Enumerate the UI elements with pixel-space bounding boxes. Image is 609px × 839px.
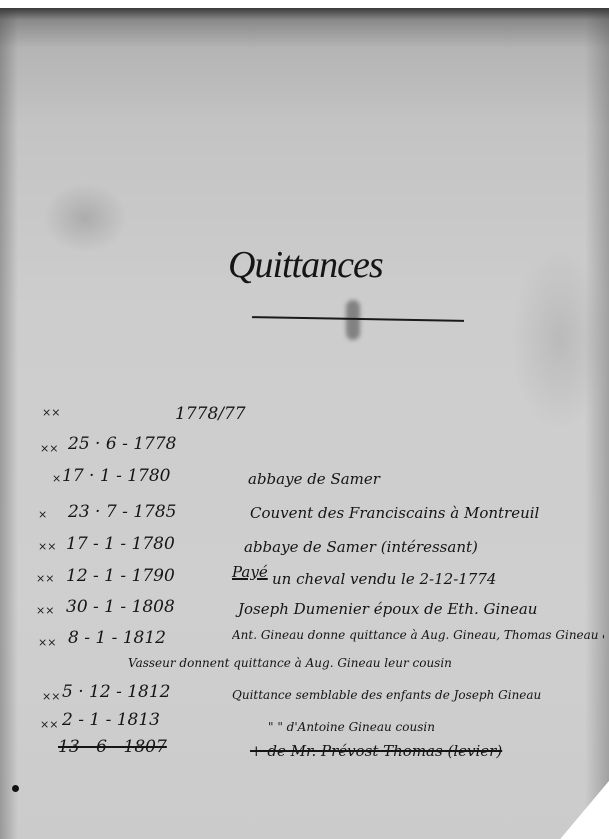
entry-mark: ××	[36, 604, 54, 617]
entry-date: 17 - 1 - 1780	[66, 534, 175, 554]
entry-date: 1778/77	[175, 404, 246, 424]
entry-paid-label: Payé	[232, 563, 268, 581]
entry-description-struck: + de Mr. Prévost Thomas (levier)	[250, 742, 502, 760]
entry-mark: ×	[52, 472, 61, 485]
entry-date: 25 · 6 - 1778	[68, 434, 176, 454]
entry-mark: ××	[38, 636, 56, 649]
entry-mark: ××	[40, 442, 58, 455]
entry-date-struck: 13 - 6 - 1807	[58, 737, 167, 757]
page-title: Quittances	[228, 243, 383, 287]
entry-description: un cheval vendu le 2-12-1774	[272, 570, 496, 588]
entry-note: Vasseur donnent quittance à Aug. Gineau …	[128, 656, 606, 670]
entry-mark: ××	[38, 540, 56, 553]
entry-date: 23 · 7 - 1785	[68, 502, 176, 522]
entry-description: Quittance semblable des enfants de Josep…	[232, 688, 608, 702]
entry-date: 30 - 1 - 1808	[66, 597, 175, 617]
entry-date: 5 · 12 - 1812	[62, 682, 170, 702]
entry-description: abbaye de Samer (intéressant)	[244, 538, 478, 556]
ink-spot	[12, 785, 19, 792]
entry-date: 8 - 1 - 1812	[68, 628, 166, 648]
entry-mark: ××	[42, 406, 60, 419]
entry-mark: ××	[36, 572, 54, 585]
entry-mark: ××	[42, 690, 60, 703]
entry-description: Joseph Dumenier époux de Eth. Gineau	[238, 600, 537, 618]
entry-mark: ×	[38, 508, 47, 521]
entry-date: 2 - 1 - 1813	[62, 710, 160, 730]
entry-date: 12 - 1 - 1790	[66, 566, 175, 586]
entry-description: " " d'Antoine Gineau cousin	[268, 720, 608, 734]
entry-description: abbaye de Samer	[248, 470, 380, 488]
entry-date: 17 · 1 - 1780	[62, 466, 170, 486]
entry-mark: ××	[40, 718, 58, 731]
entry-description: Couvent des Franciscains à Montreuil	[250, 504, 539, 522]
entry-description: Ant. Gineau donne quittance à Aug. Ginea…	[232, 628, 604, 642]
